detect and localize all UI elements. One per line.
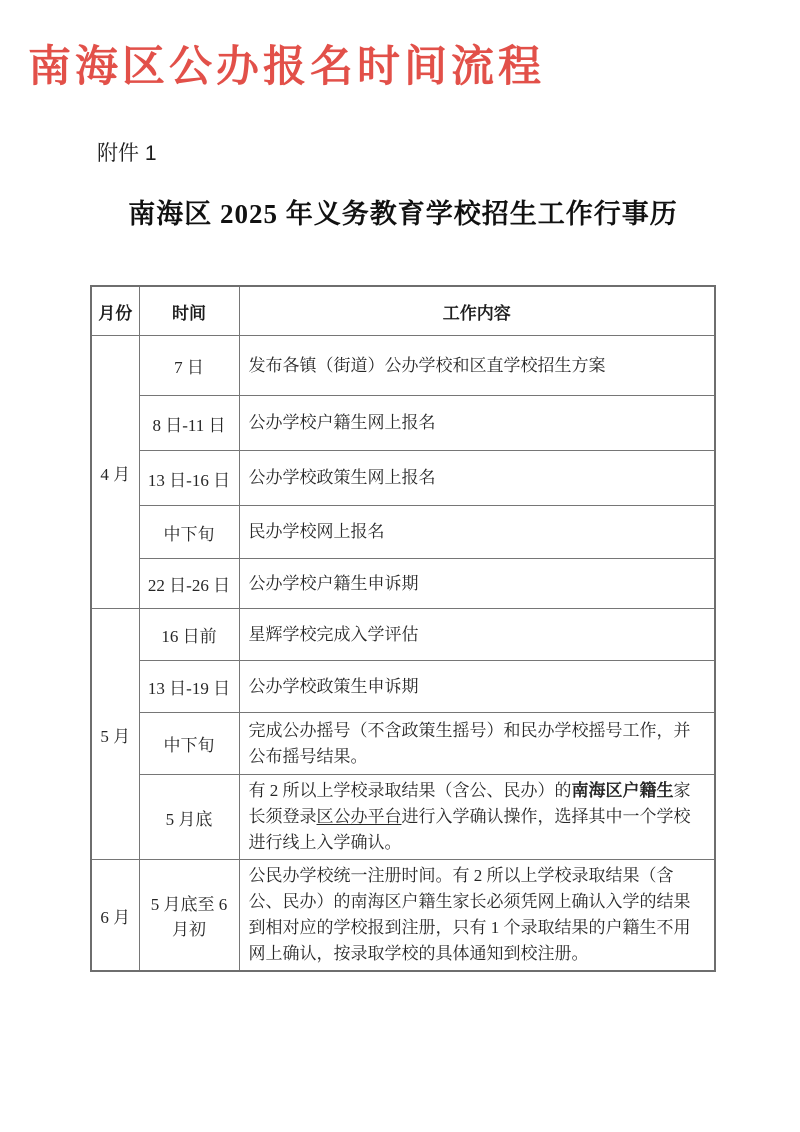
table-row: 6 月5 月底至 6 月初公民办学校统一注册时间。有 2 所以上学校录取结果（含… [91, 860, 715, 972]
time-cell: 13 日-16 日 [139, 451, 239, 506]
header-month: 月份 [91, 286, 139, 336]
table-row: 5 月16 日前星辉学校完成入学评估 [91, 609, 715, 661]
content-cell: 公办学校政策生申诉期 [239, 661, 715, 713]
table-row: 5 月底有 2 所以上学校录取结果（含公、民办）的南海区户籍生家长须登录区公办平… [91, 775, 715, 860]
schedule-table: 月份 时间 工作内容 4 月7 日发布各镇（街道）公办学校和区直学校招生方案8 … [90, 285, 716, 972]
table-row: 13 日-19 日公办学校政策生申诉期 [91, 661, 715, 713]
content-cell: 星辉学校完成入学评估 [239, 609, 715, 661]
table-header-row: 月份 时间 工作内容 [91, 286, 715, 336]
content-cell: 发布各镇（街道）公办学校和区直学校招生方案 [239, 336, 715, 396]
document-page: 南海区公办报名时间流程 附件 1 南海区 2025 年义务教育学校招生工作行事历… [0, 0, 800, 1132]
time-cell: 5 月底至 6 月初 [139, 860, 239, 972]
table-row: 8 日-11 日公办学校户籍生网上报名 [91, 396, 715, 451]
content-cell: 完成公办摇号（不含政策生摇号）和民办学校摇号工作，并公布摇号结果。 [239, 713, 715, 775]
time-cell: 8 日-11 日 [139, 396, 239, 451]
content-cell: 公办学校户籍生网上报名 [239, 396, 715, 451]
time-cell: 16 日前 [139, 609, 239, 661]
content-cell: 公办学校户籍生申诉期 [239, 559, 715, 609]
time-cell: 22 日-26 日 [139, 559, 239, 609]
table-row: 13 日-16 日公办学校政策生网上报名 [91, 451, 715, 506]
table-row: 中下旬完成公办摇号（不含政策生摇号）和民办学校摇号工作，并公布摇号结果。 [91, 713, 715, 775]
month-cell: 6 月 [91, 860, 139, 972]
time-cell: 7 日 [139, 336, 239, 396]
month-cell: 5 月 [91, 609, 139, 860]
attachment-label: 附件 1 [97, 137, 157, 167]
content-cell: 公办学校政策生网上报名 [239, 451, 715, 506]
time-cell: 中下旬 [139, 713, 239, 775]
emphasis-text: 南海区户籍生 [572, 781, 674, 800]
content-cell: 有 2 所以上学校录取结果（含公、民办）的南海区户籍生家长须登录区公办平台进行入… [239, 775, 715, 860]
content-cell: 公民办学校统一注册时间。有 2 所以上学校录取结果（含公、民办）的南海区户籍生家… [239, 860, 715, 972]
table-row: 4 月7 日发布各镇（街道）公办学校和区直学校招生方案 [91, 336, 715, 396]
platform-link-text: 区公办平台 [317, 807, 402, 826]
time-cell: 13 日-19 日 [139, 661, 239, 713]
month-cell: 4 月 [91, 336, 139, 609]
header-content: 工作内容 [239, 286, 715, 336]
time-cell: 中下旬 [139, 506, 239, 559]
time-cell: 5 月底 [139, 775, 239, 860]
header-time: 时间 [139, 286, 239, 336]
table-row: 中下旬民办学校网上报名 [91, 506, 715, 559]
document-title: 南海区 2025 年义务教育学校招生工作行事历 [90, 192, 716, 231]
table-row: 22 日-26 日公办学校户籍生申诉期 [91, 559, 715, 609]
run-text: 有 2 所以上学校录取结果（含公、民办）的 [249, 781, 572, 800]
content-cell: 民办学校网上报名 [239, 506, 715, 559]
page-title: 南海区公办报名时间流程 [28, 44, 545, 91]
